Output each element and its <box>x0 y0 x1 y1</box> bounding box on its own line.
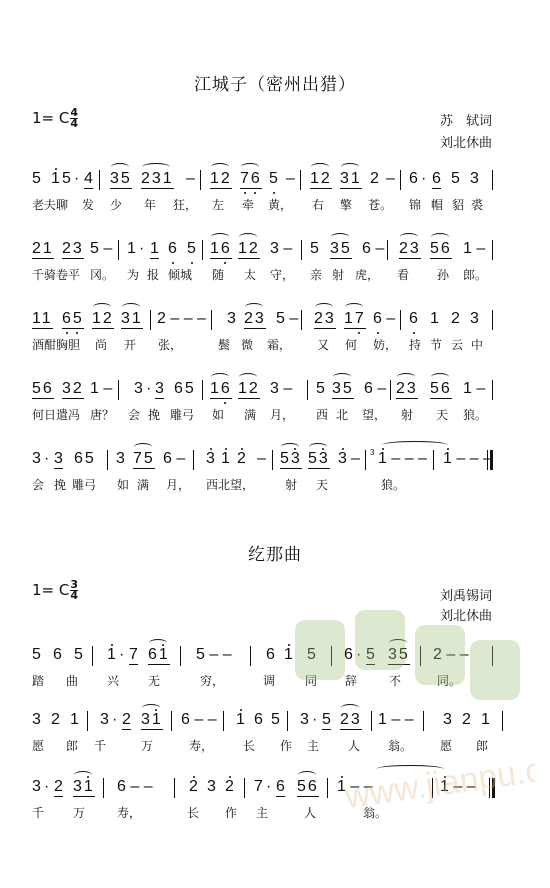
octave-up-dot <box>162 644 164 646</box>
lyric-syllable: 持 <box>409 336 421 353</box>
note-token: 2 <box>225 778 234 796</box>
barline <box>502 711 503 731</box>
barline <box>150 310 151 330</box>
barline <box>244 778 245 798</box>
lyric-syllable: 挽 <box>54 476 66 493</box>
lyric-syllable: 挽 <box>148 406 160 423</box>
lyric-syllable: 作 <box>280 737 292 754</box>
lyric-syllable: 会 <box>128 406 140 423</box>
barline <box>307 380 308 400</box>
barline <box>99 170 100 190</box>
octave-up-dot <box>294 448 296 450</box>
note-token: 7 <box>254 778 263 796</box>
note-token: – <box>257 450 266 468</box>
lyric-syllable: 守， <box>270 266 294 283</box>
song1-lyricist: 苏 轼词 <box>440 110 492 129</box>
note-token: 53 <box>280 450 302 469</box>
song1-line-2: 21235 –1·16516123 –5356 –23561 –千骑卷平冈。为报… <box>0 228 550 288</box>
lyric-syllable: 万 <box>73 804 85 821</box>
lyric-syllable: 长 <box>243 737 255 754</box>
note-token: 3 <box>32 711 41 729</box>
barline <box>423 711 424 731</box>
lyric-syllable: 年 <box>144 196 156 213</box>
note-token: 6 <box>254 711 263 729</box>
lyric-syllable: 兴 <box>107 672 119 689</box>
note-token: – <box>386 170 395 188</box>
slur-arc <box>241 163 259 171</box>
note-token: · <box>119 646 124 664</box>
song1-line-4: 56321 –3·36516123 –5356 –23561 –何日遣冯唐？会挽… <box>0 368 550 428</box>
note-token: 2 – – – <box>157 310 206 328</box>
barline <box>492 240 493 260</box>
song2-line-3: 3·2316 – –2327·6561 – –1 – –千万寿，长作主人翁。 <box>0 766 550 826</box>
lyric-syllable: 望， <box>362 406 386 423</box>
note-token: 61 <box>148 646 170 665</box>
note-token: 3 – <box>270 380 292 398</box>
note-token: 2 <box>51 711 60 729</box>
note-token: 5 <box>62 170 71 188</box>
octave-up-dot <box>225 448 227 450</box>
note-token: 11 <box>32 310 53 329</box>
slur-arc <box>245 303 263 311</box>
lyric-syllable: 射 <box>285 476 297 493</box>
octave-up-dot <box>322 448 324 450</box>
song2-composer: 刘北休曲 <box>440 605 492 624</box>
note-token: 5 <box>310 240 319 258</box>
barline <box>202 240 203 260</box>
octave-up-dot <box>241 448 243 450</box>
note-token: 5 <box>307 646 316 664</box>
lyric-syllable: 翁。 <box>388 737 412 754</box>
lyric-syllable: 万 <box>141 737 153 754</box>
slur-arc <box>111 163 129 171</box>
note-token: · <box>146 380 151 398</box>
note-token: 2 <box>54 778 63 797</box>
note-token: 1 – – <box>378 711 414 729</box>
note-token: 1 <box>127 240 136 258</box>
note-token: 6 <box>168 240 177 258</box>
barline <box>300 170 301 190</box>
octave-down-dot <box>66 332 68 334</box>
barline <box>432 778 433 798</box>
slur-arc <box>149 639 167 647</box>
barline <box>92 646 93 666</box>
final-barline-thick <box>492 778 495 798</box>
note-token: 1 <box>481 711 490 729</box>
note-token: 3 <box>207 778 216 796</box>
lyric-syllable: 看 <box>397 266 409 283</box>
note-token: 1 <box>70 711 79 729</box>
note-token: 35 <box>388 646 410 665</box>
lyric-syllable: 天 <box>436 406 448 423</box>
slur-arc <box>239 233 257 241</box>
lyric-syllable: 人 <box>348 737 360 754</box>
note-token: 31 <box>141 711 163 730</box>
barline <box>331 646 332 666</box>
note-token: 5 <box>366 646 375 665</box>
barline <box>200 170 201 190</box>
note-token: 35 <box>330 240 352 259</box>
lyric-syllable: 寿， <box>117 804 141 821</box>
lyric-syllable: 雕弓 <box>72 476 96 493</box>
note-token: 32 <box>62 380 84 399</box>
note-token: 6 – <box>163 450 185 468</box>
lyric-syllable: 霜， <box>267 336 291 353</box>
note-token: 5 <box>187 240 196 258</box>
note-token: 1 <box>150 240 159 259</box>
lyric-syllable: 郎 <box>66 737 78 754</box>
note-token: 35 <box>110 170 132 189</box>
barline <box>171 711 172 731</box>
note-token: 3 <box>338 450 347 468</box>
octave-up-dot <box>342 448 344 450</box>
slur-arc <box>211 373 229 381</box>
barline <box>287 711 288 731</box>
note-token: 6 – – <box>117 778 153 796</box>
lyric-syllable: 虎， <box>355 266 379 283</box>
note-token: 5 – – <box>196 646 232 664</box>
note-token: 12 <box>210 170 232 189</box>
note-token: 6 <box>409 310 418 328</box>
note-token: 16 <box>210 240 232 259</box>
slur-arc <box>211 233 229 241</box>
lyric-syllable: 尚 <box>95 336 107 353</box>
song2-line-2: 3213·2316 – –1653·5231 – –321愿郎千万寿，长作主人翁… <box>0 699 550 759</box>
note-token: 1 – – <box>337 778 373 796</box>
barline <box>250 646 251 666</box>
song1-composer: 刘北休曲 <box>440 132 492 151</box>
lyric-syllable: 同。 <box>437 672 461 689</box>
note-token: 1 <box>284 646 293 664</box>
lyric-syllable: 愿 <box>440 737 452 754</box>
note-token: 2 <box>122 711 131 730</box>
lyric-syllable: 狼。 <box>381 476 405 493</box>
note-token: · <box>356 646 361 664</box>
octave-down-dot <box>377 332 379 334</box>
note-token: 6 – <box>373 310 395 328</box>
barline <box>492 380 493 400</box>
lyric-syllable: 同 <box>305 672 317 689</box>
note-token: 1 <box>221 450 230 468</box>
note-token: 6 <box>276 778 285 797</box>
song1-line-3: 116512312 – – –3235 –23176 –6123酒酣胸胆尚开张，… <box>0 298 550 358</box>
lyric-syllable: 天 <box>316 476 328 493</box>
octave-up-dot <box>288 644 290 646</box>
slur-arc <box>341 163 359 171</box>
lyric-syllable: 貂 <box>452 196 464 213</box>
note-token: · <box>44 778 49 796</box>
note-token: 1 – <box>463 240 485 258</box>
barline <box>400 170 401 190</box>
note-token: 4 <box>84 170 93 189</box>
barline <box>387 240 388 260</box>
note-token: 2 <box>237 450 246 468</box>
barline <box>371 711 372 731</box>
note-token: · <box>139 240 144 258</box>
barline <box>174 778 175 798</box>
barline <box>301 310 302 330</box>
lyric-syllable: 酒酣胸胆 <box>32 336 80 353</box>
lyric-syllable: 作 <box>225 804 237 821</box>
barline <box>223 711 224 731</box>
lyric-syllable: 不 <box>389 672 401 689</box>
lyric-syllable: 何 <box>345 336 357 353</box>
slur-arc <box>142 163 170 171</box>
slur-arc <box>298 771 316 779</box>
lyric-syllable: 射 <box>332 266 344 283</box>
lyric-syllable: 郎 <box>476 737 488 754</box>
slur-arc <box>74 771 92 779</box>
barline <box>492 310 493 330</box>
lyric-syllable: 裘 <box>471 196 483 213</box>
slur-arc <box>431 373 449 381</box>
barline <box>327 778 328 798</box>
lyric-syllable: 为 <box>127 266 139 283</box>
lyric-syllable: 微 <box>241 336 253 353</box>
note-token: 12 <box>92 310 114 329</box>
note-token: 16 <box>210 380 232 399</box>
note-token: · <box>312 711 317 729</box>
note-token: 1 – <box>90 380 112 398</box>
lyric-syllable: 苍。 <box>368 196 392 213</box>
octave-down-dot <box>244 192 246 194</box>
note-token: 56 <box>430 240 452 259</box>
lyric-syllable: 节 <box>430 336 442 353</box>
note-token: 6 – <box>364 380 386 398</box>
octave-down-dot <box>413 332 415 334</box>
lyric-syllable: 中 <box>471 336 483 353</box>
lyric-syllable: 孙 <box>437 266 449 283</box>
lyric-syllable: 少 <box>110 196 122 213</box>
note-token: 5 <box>322 711 331 730</box>
lyric-syllable: 又 <box>317 336 329 353</box>
lyric-syllable: 随 <box>212 266 224 283</box>
note-token: 1 <box>107 646 116 664</box>
song1-line-1: 515·435231 –12765 –12312 –6·653老夫聊发少年狂，左… <box>0 158 550 218</box>
lyric-syllable: 亲 <box>310 266 322 283</box>
slur-arc <box>315 303 333 311</box>
note-token: 3 <box>54 450 63 469</box>
barline <box>420 646 421 666</box>
note-token: 2 <box>451 310 460 328</box>
lyric-syllable: 调 <box>263 672 275 689</box>
barline <box>193 450 194 470</box>
barline <box>301 240 302 260</box>
slur-arc <box>211 163 229 171</box>
note-token: 3 <box>227 310 236 328</box>
note-token: 65 <box>74 450 96 468</box>
note-token: 5 <box>269 170 278 188</box>
note-token: · <box>421 170 426 188</box>
lyric-syllable: 辞 <box>345 672 357 689</box>
lyric-syllable: 牵 <box>242 196 254 213</box>
slur-arc <box>122 303 140 311</box>
note-token: 2 <box>370 170 379 188</box>
note-token: 56 <box>297 778 319 797</box>
lyric-syllable: 曲 <box>66 672 78 689</box>
lyric-syllable: 左 <box>212 196 224 213</box>
note-token: 23 <box>244 310 266 329</box>
note-token: 3 <box>470 310 479 328</box>
slur-arc <box>93 303 111 311</box>
note-token: 1 <box>51 170 60 188</box>
note-token: 6 – – <box>181 711 217 729</box>
song1-time-signature: 44 <box>70 108 78 129</box>
song2-line-1: 5651·7615 – –6156·5352 – –踏曲兴无穷，调同辞不同。 <box>0 634 550 694</box>
note-token: 17 <box>344 310 366 329</box>
lyric-syllable: 雕弓 <box>170 406 194 423</box>
note-token: 23 <box>62 240 84 259</box>
note-token: 1 – – – <box>443 450 492 468</box>
final-barline-thick <box>490 450 493 470</box>
barline <box>118 380 119 400</box>
note-token: 23 <box>314 310 336 329</box>
note-token: 3 <box>134 380 143 398</box>
octave-up-dot <box>229 776 231 778</box>
slur-arc <box>400 233 418 241</box>
slur-arc <box>309 443 327 451</box>
barline <box>107 450 108 470</box>
lyric-syllable: 穷， <box>200 672 224 689</box>
lyric-syllable: 西 <box>316 406 328 423</box>
lyric-syllable: 右 <box>312 196 324 213</box>
barline <box>118 240 119 260</box>
barline <box>272 450 273 470</box>
note-token: 2 <box>462 711 471 729</box>
note-token: · <box>74 170 79 188</box>
slur-arc <box>311 163 329 171</box>
octave-down-dot <box>254 192 256 194</box>
note-token: – <box>286 170 295 188</box>
slur-arc <box>142 704 160 712</box>
lyric-syllable: 云 <box>451 336 463 353</box>
lyric-syllable: 满 <box>244 406 256 423</box>
octave-up-dot <box>240 709 242 711</box>
note-token: 1 <box>430 310 439 328</box>
octave-up-dot <box>155 709 157 711</box>
note-token: 2 – – <box>433 646 469 664</box>
barline <box>433 450 434 470</box>
lyric-syllable: 主 <box>256 804 268 821</box>
note-token: 56 <box>430 380 452 399</box>
lyric-syllable: 鬓 <box>218 336 230 353</box>
note-token: 5 <box>74 646 83 664</box>
note-token: 5 <box>271 711 280 729</box>
slur-arc <box>134 443 152 451</box>
barline <box>180 646 181 666</box>
lyric-syllable: 如 <box>212 406 224 423</box>
note-token: 6 – <box>362 240 384 258</box>
note-token: · <box>112 711 117 729</box>
lyric-syllable: 千 <box>94 737 106 754</box>
note-token: 3 <box>470 170 479 188</box>
slur-arc <box>397 373 415 381</box>
lyric-syllable: 狂， <box>173 196 197 213</box>
lyric-syllable: 主 <box>307 737 319 754</box>
note-token: 3 – <box>270 240 292 258</box>
note-token: 3 <box>32 450 41 468</box>
lyric-syllable: 月， <box>270 406 294 423</box>
note-token: 5 <box>451 170 460 188</box>
slur-arc <box>239 373 257 381</box>
song2-key: 1= C <box>32 581 69 599</box>
note-token: 1 – <box>463 380 485 398</box>
note-token: 31 <box>121 310 143 329</box>
note-token: 1 – – – <box>378 450 427 468</box>
octave-down-dot <box>224 262 226 264</box>
lyric-syllable: 翁。 <box>363 804 387 821</box>
lyric-syllable: 千骑卷平 <box>32 266 80 283</box>
lyric-syllable: 射 <box>401 406 413 423</box>
song2-title: 纥那曲 <box>0 540 550 565</box>
barline <box>365 450 366 470</box>
barline <box>202 380 203 400</box>
song2-time-signature: 34 <box>70 580 78 601</box>
lyric-syllable: 太 <box>244 266 256 283</box>
octave-down-dot <box>273 192 275 194</box>
note-token: · <box>44 450 49 468</box>
note-token: 3 <box>116 450 125 468</box>
note-token: 6 <box>409 170 418 188</box>
slur-arc <box>331 233 349 241</box>
song2-lyricist: 刘禹锡词 <box>440 585 492 604</box>
lyric-syllable: 会 <box>32 476 44 493</box>
note-token: 7 <box>129 646 138 665</box>
note-token: 23 <box>396 380 418 399</box>
barline <box>87 711 88 731</box>
barline <box>400 310 401 330</box>
note-token: – <box>351 450 360 468</box>
lyric-syllable: 无 <box>148 672 160 689</box>
lyric-syllable: 月， <box>166 476 190 493</box>
note-token: 3 <box>155 380 164 399</box>
note-token: 1 – – <box>440 778 476 796</box>
slur-arc <box>431 233 449 241</box>
barline <box>103 778 104 798</box>
note-token: 12 <box>310 170 332 189</box>
note-token: · <box>266 778 271 796</box>
lyric-syllable: 人 <box>304 804 316 821</box>
octave-up-dot <box>210 448 212 450</box>
note-token: 5 <box>32 170 41 188</box>
note-token: 31 <box>73 778 95 797</box>
barline <box>492 646 493 666</box>
note-token: 21 <box>32 240 54 259</box>
note-token: 56 <box>32 380 54 399</box>
note-token: 231 <box>141 170 174 189</box>
note-token: 6 <box>266 646 275 664</box>
lyric-syllable: 满 <box>137 476 149 493</box>
lyric-syllable: 黄， <box>268 196 292 213</box>
octave-down-dot <box>358 332 360 334</box>
lyric-syllable: 北 <box>336 406 348 423</box>
slur-arc <box>341 704 359 712</box>
lyric-syllable: 唐？ <box>90 406 114 423</box>
octave-up-dot <box>111 644 113 646</box>
lyric-syllable: 踏 <box>32 672 44 689</box>
song2-key-signature: 1= C34 <box>32 580 78 601</box>
octave-down-dot <box>172 262 174 264</box>
note-token: 3 <box>300 711 309 729</box>
lyric-syllable: 开 <box>124 336 136 353</box>
lyric-syllable: 郎。 <box>463 266 487 283</box>
note-token: 65 <box>174 380 196 398</box>
lyric-syllable: 帽 <box>431 196 443 213</box>
octave-up-dot <box>193 776 195 778</box>
note-token: 3 <box>206 450 215 468</box>
lyric-syllable: 何日遣冯 <box>32 406 80 423</box>
lyric-syllable: 报 <box>147 266 159 283</box>
